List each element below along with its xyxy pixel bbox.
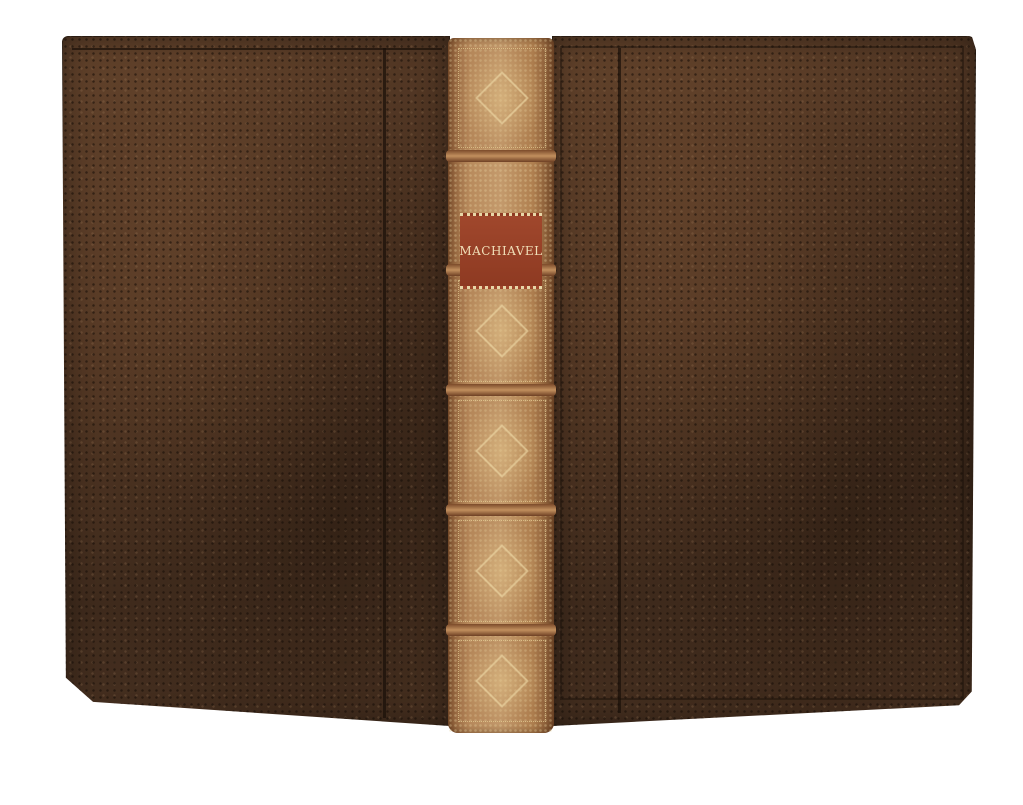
spine-raised-band <box>446 504 556 516</box>
cover-fillet-line <box>383 48 386 718</box>
spine-panel <box>458 280 546 382</box>
spine-panel <box>458 520 546 622</box>
spine-title: MACHIAVEL <box>459 244 542 258</box>
spine-title-label: MACHIAVEL <box>460 213 542 289</box>
cover-fillet-line <box>72 48 442 50</box>
spine-raised-band <box>446 624 556 636</box>
spine-panel <box>458 640 546 722</box>
book-photo: MACHIAVEL <box>0 0 1023 805</box>
cover-fillet-border <box>560 46 964 700</box>
book-spine: MACHIAVEL <box>448 38 554 733</box>
spine-panel <box>458 48 546 148</box>
back-cover <box>62 36 450 726</box>
spine-raised-band <box>446 384 556 396</box>
spine-panel <box>458 400 546 502</box>
spine-raised-band <box>446 150 556 162</box>
